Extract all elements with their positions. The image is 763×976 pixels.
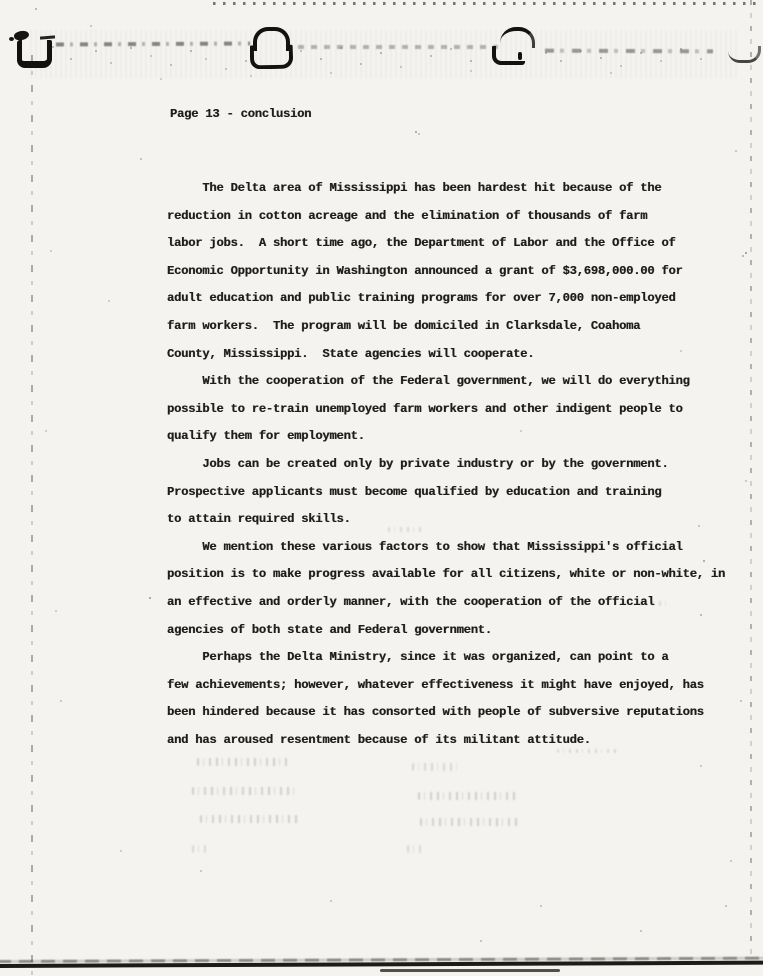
text-line: to attain required skills. <box>167 506 725 534</box>
ghost-text-smudge <box>192 787 298 795</box>
binder-ring-icon <box>250 45 293 70</box>
text-line: been hindered because it has consorted w… <box>167 699 725 727</box>
paragraph: The Delta area of Mississippi has been h… <box>167 175 725 368</box>
body-text: The Delta area of Mississippi has been h… <box>167 175 725 754</box>
text-line: position is to make progress available f… <box>167 561 725 589</box>
text-line: farm workers. The program will be domici… <box>167 313 725 341</box>
text-line: The Delta area of Mississippi has been h… <box>167 175 725 203</box>
text-line: We mention these various factors to show… <box>167 534 725 562</box>
text-line: possible to re-train unemployed farm wor… <box>167 396 725 424</box>
ghost-text-smudge <box>412 763 462 771</box>
text-line: labor jobs. A short time ago, the Depart… <box>167 230 725 258</box>
ghost-text-smudge <box>418 792 518 800</box>
right-page-edge-line <box>750 0 752 956</box>
text-line: adult education and public training prog… <box>167 285 725 313</box>
paragraph: With the cooperation of the Federal gove… <box>167 368 725 451</box>
text-line: reduction in cotton acreage and the elim… <box>167 203 725 231</box>
ghost-text-smudge <box>557 749 617 753</box>
left-page-edge-line <box>31 55 33 976</box>
smudge-band-right <box>545 49 713 53</box>
text-line: agencies of both state and Federal gover… <box>167 617 725 645</box>
page-header: Page 13 - conclusion <box>170 101 311 129</box>
scan-noise-speckles <box>0 0 2 2</box>
text-line: qualify them for employment. <box>167 423 725 451</box>
binder-ring-icon <box>518 52 522 60</box>
paragraph: Perhaps the Delta Ministry, since it was… <box>167 644 725 754</box>
ghost-text-smudge <box>200 815 300 823</box>
ghost-text-smudge <box>420 818 520 826</box>
text-line: and has aroused resentment because of it… <box>167 727 725 755</box>
ghost-text-smudge <box>192 845 206 853</box>
text-line: Jobs can be created only by private indu… <box>167 451 725 479</box>
smudge-band-middle <box>298 45 498 49</box>
ink-blob-dot <box>9 37 14 41</box>
scanned-document-page: Page 13 - conclusion The Delta area of M… <box>0 0 763 976</box>
top-edge-dotted-line <box>213 2 763 5</box>
bottom-scan-line-segment <box>380 969 560 972</box>
ghost-text-smudge <box>640 601 670 606</box>
ghost-text-smudge <box>407 845 425 853</box>
text-line: few achievements; however, whatever effe… <box>167 672 725 700</box>
ink-blob-bracket <box>17 40 52 68</box>
paragraph: We mention these various factors to show… <box>167 534 725 644</box>
ghost-text-smudge <box>197 758 292 766</box>
text-line: Economic Opportunity in Washington annou… <box>167 258 725 286</box>
text-line: County, Mississippi. State agencies will… <box>167 341 725 369</box>
text-line: Prospective applicants must become quali… <box>167 479 725 507</box>
binder-ring-partial-icon <box>728 46 761 63</box>
ghost-text-smudge <box>388 527 422 532</box>
top-smudge-wash <box>30 30 740 78</box>
text-line: Perhaps the Delta Ministry, since it was… <box>167 644 725 672</box>
paragraph: Jobs can be created only by private indu… <box>167 451 725 534</box>
text-line: With the cooperation of the Federal gove… <box>167 368 725 396</box>
